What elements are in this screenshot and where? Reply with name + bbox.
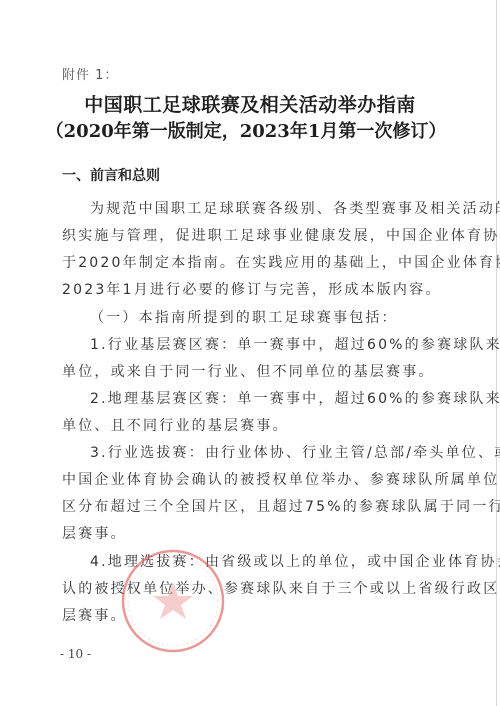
paragraph-line: 3.行业选拔赛：由行业体协、行业主管/总部/牵头单位、或: [90, 443, 450, 463]
attachment-label: 附件 1：: [62, 64, 118, 83]
paragraph-line: 层赛事。: [62, 606, 450, 626]
paragraph-line: 2023年1月进行必要的修订与完善，形成本版内容。: [62, 280, 450, 300]
paragraph-line: 单位、且不同行业的基层赛事。: [62, 416, 450, 436]
document-title: 中国职工足球联赛及相关活动举办指南: [0, 90, 500, 117]
page-number: - 10 -: [60, 647, 91, 661]
paragraph-line: 于2020年制定本指南。在实践应用的基础上，中国企业体育协会于: [62, 253, 450, 273]
paragraph-line: 区分布超过三个全国片区，且超过75%的参赛球队属于同一行业的中: [62, 497, 450, 517]
paragraph-line: 为规范中国职工足球联赛各级别、各类型赛事及相关活动的组: [90, 199, 450, 219]
paragraph-line: 单位，或来自于同一行业、但不同单位的基层赛事。: [62, 362, 450, 382]
paragraph-line: 认的被授权单位举办、参赛球队来自于三个或以上省级行政区的中: [62, 579, 450, 599]
paragraph-line: 织实施与管理，促进职工足球事业健康发展，中国企业体育协会特: [62, 226, 450, 246]
section-heading: 一、前言和总则: [62, 165, 160, 185]
document-subtitle: （2020年第一版制定，2023年1月第一次修订）: [0, 117, 496, 143]
paragraph-line: 4.地理选拔赛：由省级或以上的单位，或中国企业体育协会确: [90, 552, 450, 572]
paragraph-line: （一）本指南所提到的职工足球赛事包括：: [90, 308, 450, 328]
paragraph-line: 中国企业体育协会确认的被授权单位举办、参赛球队所属单位的地: [62, 470, 450, 490]
paragraph-line: 1.行业基层赛区赛：单一赛事中，超过60%的参赛球队来自同一: [90, 335, 450, 355]
paragraph-line: 2.地理基层赛区赛：单一赛事中，超过60%的参赛球队来自不同: [90, 389, 450, 409]
paragraph-line: 层赛事。: [62, 524, 450, 544]
